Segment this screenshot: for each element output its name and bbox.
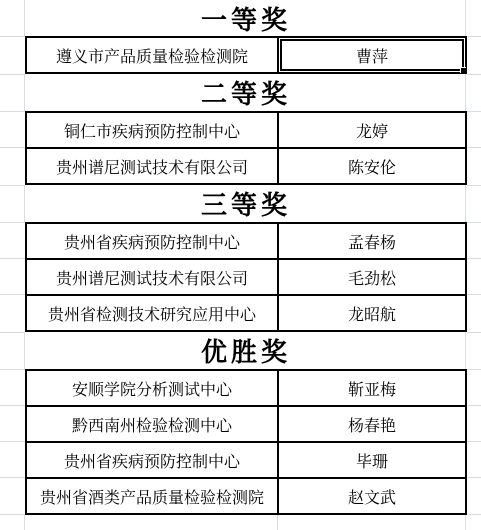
institution-cell[interactable]: 贵州省检测技术研究应用中心 [27, 296, 279, 330]
table-row: 贵州省疾病预防控制中心 毕珊 [27, 443, 465, 479]
award-table: 一等奖 遵义市产品质量检验检测院 曹萍 二等奖 铜仁市疾病预防控制中心 龙婷 贵… [25, 0, 467, 515]
institution-cell[interactable]: 黔西南州检验检测中心 [27, 407, 279, 441]
institution-cell[interactable]: 贵州省疾病预防控制中心 [27, 443, 279, 477]
table-row: 遵义市产品质量检验检测院 曹萍 [27, 38, 465, 72]
name-cell[interactable]: 毛劲松 [279, 260, 465, 294]
institution-cell[interactable]: 贵州谱尼测试技术有限公司 [27, 260, 279, 294]
table-row: 贵州谱尼测试技术有限公司 毛劲松 [27, 260, 465, 296]
table-row: 贵州省酒类产品质量检验检测院 赵文武 [27, 479, 465, 513]
name-text: 曹萍 [356, 44, 388, 67]
prize-title: 一等奖 [201, 0, 291, 37]
table-row: 贵州谱尼测试技术有限公司 陈安伦 [27, 149, 465, 183]
fill-handle[interactable] [460, 67, 466, 73]
gridline [277, 515, 278, 530]
prize-title: 二等奖 [201, 74, 291, 111]
prize-rows-third: 贵州省疾病预防控制中心 孟春杨 贵州谱尼测试技术有限公司 毛劲松 贵州省检测技术… [25, 222, 467, 332]
prize-header-winner[interactable]: 优胜奖 [25, 332, 467, 369]
name-cell[interactable]: 孟春杨 [279, 224, 465, 258]
name-cell[interactable]: 赵文武 [279, 479, 465, 513]
prize-rows-second: 铜仁市疾病预防控制中心 龙婷 贵州谱尼测试技术有限公司 陈安伦 [25, 111, 467, 185]
institution-cell[interactable]: 遵义市产品质量检验检测院 [27, 38, 279, 72]
institution-cell[interactable]: 贵州省疾病预防控制中心 [27, 224, 279, 258]
name-cell[interactable]: 陈安伦 [279, 149, 465, 183]
name-cell[interactable]: 龙婷 [279, 113, 465, 147]
table-row: 贵州省疾病预防控制中心 孟春杨 [27, 224, 465, 260]
name-cell[interactable]: 杨春艳 [279, 407, 465, 441]
prize-title: 优胜奖 [201, 332, 291, 369]
gridline [24, 515, 25, 530]
institution-cell[interactable]: 贵州谱尼测试技术有限公司 [27, 149, 279, 183]
table-row: 黔西南州检验检测中心 杨春艳 [27, 407, 465, 443]
spreadsheet-sheet: 一等奖 遵义市产品质量检验检测院 曹萍 二等奖 铜仁市疾病预防控制中心 龙婷 贵… [0, 0, 481, 530]
table-row: 贵州省检测技术研究应用中心 龙昭航 [27, 296, 465, 330]
gridline [465, 515, 466, 530]
prize-header-first[interactable]: 一等奖 [25, 0, 467, 36]
table-row: 安顺学院分析测试中心 靳亚梅 [27, 371, 465, 407]
prize-title: 三等奖 [201, 185, 291, 222]
prize-header-second[interactable]: 二等奖 [25, 74, 467, 111]
name-cell[interactable]: 毕珊 [279, 443, 465, 477]
name-cell-selected[interactable]: 曹萍 [279, 38, 465, 72]
name-cell[interactable]: 靳亚梅 [279, 371, 465, 405]
institution-cell[interactable]: 铜仁市疾病预防控制中心 [27, 113, 279, 147]
table-row: 铜仁市疾病预防控制中心 龙婷 [27, 113, 465, 149]
prize-header-third[interactable]: 三等奖 [25, 185, 467, 222]
institution-cell[interactable]: 安顺学院分析测试中心 [27, 371, 279, 405]
prize-rows-winner: 安顺学院分析测试中心 靳亚梅 黔西南州检验检测中心 杨春艳 贵州省疾病预防控制中… [25, 369, 467, 515]
institution-cell[interactable]: 贵州省酒类产品质量检验检测院 [27, 479, 279, 513]
prize-rows-first: 遵义市产品质量检验检测院 曹萍 [25, 36, 467, 74]
name-cell[interactable]: 龙昭航 [279, 296, 465, 330]
